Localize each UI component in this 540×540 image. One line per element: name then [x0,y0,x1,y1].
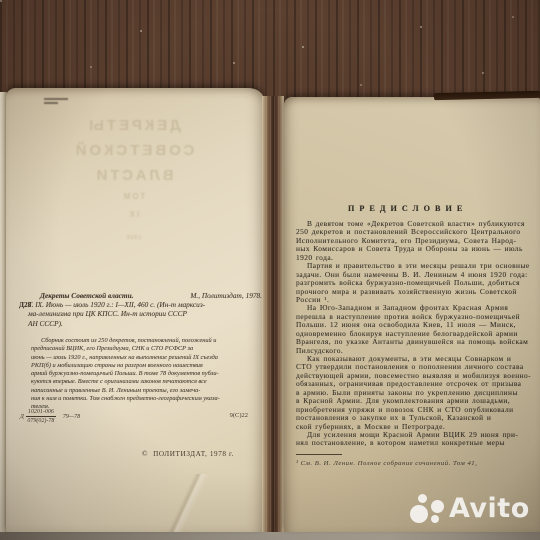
fraction-numerator: 10201-006 [26,409,56,417]
paragraph: Для усиления мощи Красной Армии ВЦИК 29 … [296,431,540,448]
text-line: июнь — июль 1920 г., направленных на вып… [31,354,262,362]
avito-logo-icon [410,494,444,524]
show-through-line: ДЕКРЕТЫ [31,118,236,133]
preface-body: В девятом томе «Декретов Советской власт… [296,220,540,448]
print-code: 79—78 [63,414,80,420]
paragraph: Партия и правительство в эти месяцы реша… [296,262,540,304]
library-stamp [44,98,68,104]
text-line: РКП(б) и мобилизацию страны на разгром в… [31,362,262,370]
catalog-index: Д28 [19,300,31,309]
page-crease [124,474,250,532]
paragraph: На Юго-Западном и Западном фронтах Красн… [296,304,540,355]
bibliography-block: Д28 Декреты Советской власти. М., Полити… [28,291,262,328]
text-line: куются впервые. Вместе с оригиналами зак… [31,378,262,386]
imprint: М., Политиздат, 1978. [190,291,262,300]
copyright-line: ©ПОЛИТИЗДАТ, 1978 г. [142,450,234,458]
book-title: Декреты Советской власти. [40,291,133,300]
catalog-letter: Д [20,414,24,420]
paragraph: Как показывают документы, в эти месяцы С… [296,355,540,431]
show-through-line: ТОМ [31,193,236,201]
text-line: нял постановление, в котором наметил кон… [296,439,540,447]
text-line: предписаний ВЦИК, его Президиума, СНК и … [31,345,262,353]
book-gutter [262,96,284,532]
bibliography-lines: Т. IX. Июнь — июль 1920 г.: I—XII, 460 с… [28,300,262,328]
show-through-line: IX [31,211,236,219]
show-through-line: СОВЕТСКОЙ [31,143,236,158]
copyright-text: ПОЛИТИЗДАТ, 1978 г. [153,450,234,458]
table-edge [0,531,540,540]
avito-wordmark: Avito [449,494,530,524]
text-line: прочного мира и развивать хозяйственную … [296,288,540,296]
show-through-line: 1920 [31,236,236,241]
classification-code: 9(С)22 [230,412,248,419]
paragraph: В девятом томе «Декретов Советской власт… [296,220,540,262]
avito-watermark: Avito [410,494,530,524]
fraction-denominator: 079(02)-78 [26,417,56,424]
text-line: написанные и правленные В. И. Лениным пр… [31,387,262,395]
text-line: армий буржуазно-помещичьей Польши. В том… [31,370,262,378]
title-show-through: ДЕКРЕТЫ СОВЕТСКОЙ ВЛАСТИ ТОМ IX 1920 [31,118,236,241]
show-through-line: ВЛАСТИ [31,168,236,183]
footnote: ¹ См. В. И. Ленин. Полное собрание сочин… [296,460,477,467]
copyright-icon: © [142,450,148,458]
stamp-line [44,102,58,104]
bibliography-title-line: Декреты Советской власти. М., Политиздат… [28,291,262,300]
annotation-block: Сборник состоит из 250 декретов, постано… [31,337,262,412]
book-photo: ДЕКРЕТЫ СОВЕТСКОЙ ВЛАСТИ ТОМ IX 1920 Д28… [0,0,540,540]
preface-heading: ПРЕДИСЛОВИЕ [348,204,467,213]
stamp-line [44,98,68,100]
text-line: ма-ленинизма при ЦК КПСС. Ин-т истории С… [28,309,262,318]
footnote-rule [296,454,342,455]
right-page: ПРЕДИСЛОВИЕ В девятом томе «Декретов Сов… [284,97,540,532]
text-line: Т. IX. Июнь — июль 1920 г.: I—XII, 460 с… [28,300,262,309]
catalog-fraction: 10201-006 079(02)-78 [26,409,56,424]
dust-specks [0,0,2,2]
left-page: ДЕКРЕТЫ СОВЕТСКОЙ ВЛАСТИ ТОМ IX 1920 Д28… [6,88,264,532]
catalog-code-block: Д 10201-006 079(02)-78 79—78 9(С)22 [20,409,250,424]
text-line: АН СССР). [28,319,262,328]
text-line: ния к ним и пометки. Том снабжен предмет… [31,395,262,403]
